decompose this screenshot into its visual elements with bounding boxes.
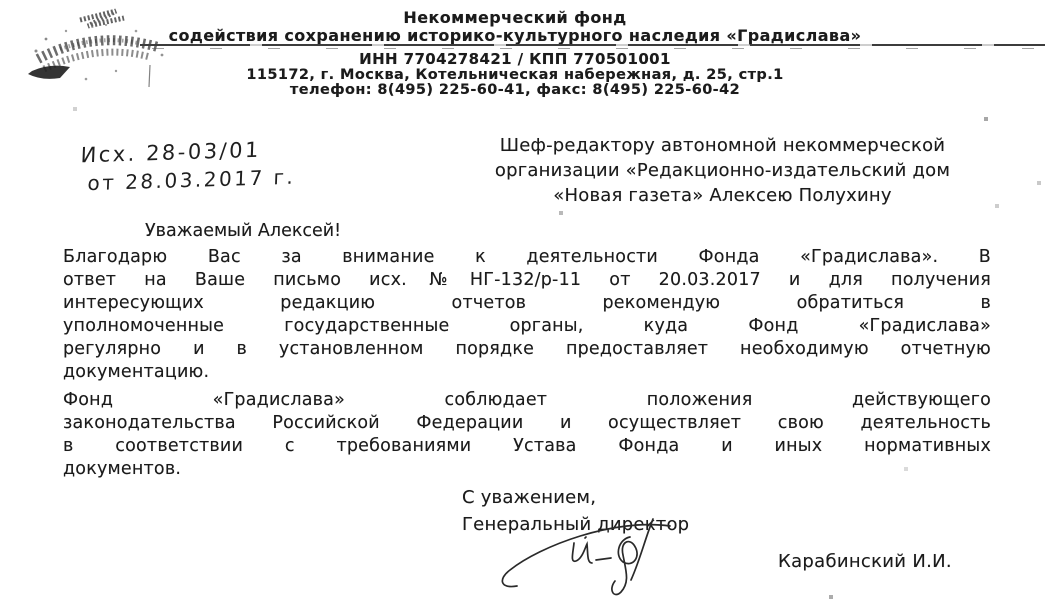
paragraph-1: Благодарю Вас за внимание к деятельности… (63, 246, 991, 384)
addressee-line: организации «Редакционно-издательский до… (430, 158, 1015, 183)
paragraph-line: законодательства Российской Федерации и … (63, 412, 991, 435)
letter-body: Уважаемый Алексей! Благодарю Вас за вним… (63, 220, 991, 481)
outgoing-date: от 28.03.2017 г. (79, 165, 296, 196)
salutation: Уважаемый Алексей! (63, 220, 991, 243)
inn-kpp-line: ИНН 7704278421 / КПП 770501001 (40, 52, 990, 67)
letterhead-divider-dashes (152, 48, 1038, 49)
addressee-line: Шеф-редактору автономной некоммерческой (430, 133, 1015, 158)
paragraph-line: документов. (63, 458, 991, 481)
paragraph-line: документацию. (63, 361, 991, 384)
paragraph-line: Благодарю Вас за внимание к деятельности… (63, 246, 991, 269)
closing-regards: С уважением, (462, 484, 689, 511)
handwritten-signature-icon (490, 516, 705, 599)
outgoing-number: Исх. 28-03/01 (80, 137, 297, 168)
paragraph-2: Фонд «Градислава» соблюдает положения де… (63, 389, 991, 481)
address-line: 115172, г. Москва, Котельническая набере… (40, 68, 990, 82)
addressee-line: «Новая газета» Алексею Полухину (430, 183, 1015, 208)
scan-noise-specks (0, 0, 2, 2)
paragraph-line: Фонд «Градислава» соблюдает положения де… (63, 389, 991, 412)
signer-name: Карабинский И.И. (778, 551, 952, 572)
paragraph-line: регулярно и в установленном порядке пред… (63, 338, 991, 361)
outgoing-reference-handwritten: Исх. 28-03/01 от 28.03.2017 г. (79, 137, 297, 196)
phone-fax-line: телефон: 8(495) 225-60-41, факс: 8(495) … (40, 83, 990, 97)
scanned-letter-page: Некоммерческий фонд содействия сохранени… (0, 0, 1060, 599)
paragraph-line: уполномоченные государственные органы, к… (63, 315, 991, 338)
paragraph-line: в соответствии с требованиями Устава Фон… (63, 435, 991, 458)
paragraph-line: ответ на Ваше письмо исх.№НГ-132/р-11 от… (63, 269, 991, 292)
letterhead-divider-line (140, 44, 1045, 46)
org-name-line1: Некоммерческий фонд (40, 9, 990, 26)
handwritten-signature (490, 516, 705, 599)
letterhead: Некоммерческий фонд содействия сохранени… (40, 9, 990, 97)
org-name-line2: содействия сохранению историко-культурно… (40, 27, 990, 44)
addressee-block: Шеф-редактору автономной некоммерческойо… (430, 133, 1015, 208)
paragraph-line: интересующих редакцию отчетов рекомендую… (63, 292, 991, 315)
